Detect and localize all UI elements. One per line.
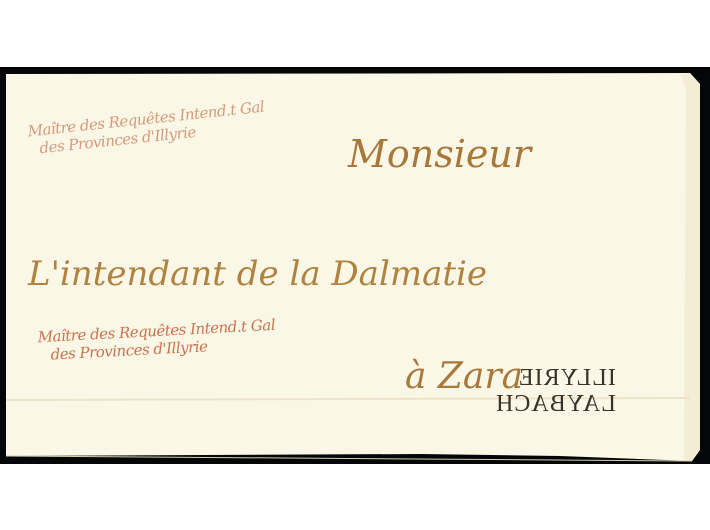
address-recipient: L'intendant de la Dalmatie [28,254,487,294]
address-salutation: Monsieur [348,132,531,176]
postmark: ILLYRIE LAYBACH [495,365,616,417]
